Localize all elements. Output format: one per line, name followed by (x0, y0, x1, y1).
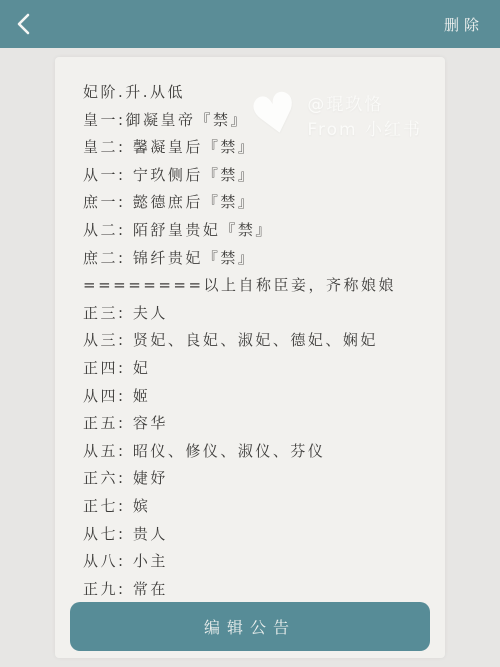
announcement-line: 妃阶.升.从低 (83, 79, 431, 107)
announcement-line: 从四: 姬 (83, 383, 431, 411)
announcement-line: 正七: 嫔 (83, 493, 431, 521)
announcement-line: 皇二: 馨凝皇后『禁』 (83, 134, 431, 162)
delete-button[interactable]: 删除 (444, 14, 484, 35)
announcement-line: 从二: 陌舒皇贵妃『禁』 (83, 217, 431, 245)
announcement-lines: 妃阶.升.从低皇一:御凝皇帝『禁』皇二: 馨凝皇后『禁』从一: 宁玖侧后『禁』庶… (83, 79, 431, 603)
announcement-line: 正六: 婕妤 (83, 465, 431, 493)
announcement-line: 正三: 夫人 (83, 300, 431, 328)
announcement-line: 从三: 贤妃、良妃、淑妃、德妃、娴妃 (83, 327, 431, 355)
announcement-line: 从五: 昭仪、修仪、淑仪、芬仪 (83, 438, 431, 466)
announcement-line: 皇一:御凝皇帝『禁』 (83, 107, 431, 135)
top-nav-bar: 删除 (0, 0, 500, 48)
back-button[interactable] (16, 13, 30, 35)
announcement-line: 正九: 常在 (83, 576, 431, 604)
announcement-line: 正五: 容华 (83, 410, 431, 438)
announcement-line: 庶二: 锦纤贵妃『禁』 (83, 245, 431, 273)
announcement-line: 庶一: 懿德庶后『禁』 (83, 189, 431, 217)
announcement-line: 从一: 宁玖侧后『禁』 (83, 162, 431, 190)
announcement-line: 从七: 贵人 (83, 521, 431, 549)
announcement-line: 从八: 小主 (83, 548, 431, 576)
announcement-line: ========以上自称臣妾，齐称娘娘 (83, 272, 431, 300)
announcement-line: 正四: 妃 (83, 355, 431, 383)
chevron-left-icon (16, 13, 30, 35)
edit-announcement-button[interactable]: 编辑公告 (70, 602, 430, 651)
announcement-card: ♥ @琨玖恪 From 小红书 妃阶.升.从低皇一:御凝皇帝『禁』皇二: 馨凝皇… (55, 57, 445, 658)
